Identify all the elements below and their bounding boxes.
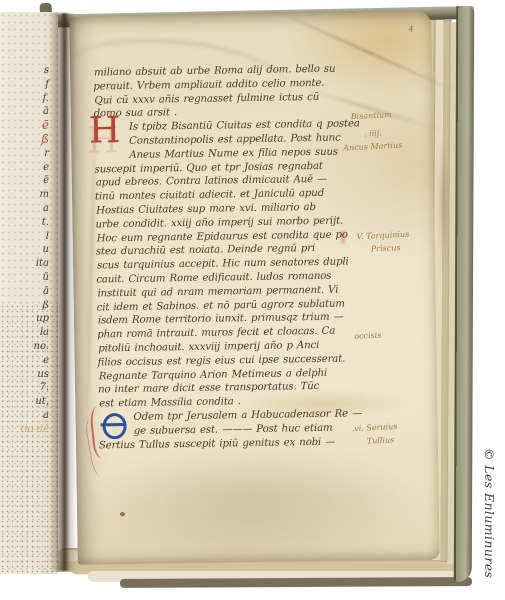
margin-note: V. Tarquinius bbox=[356, 230, 409, 242]
margin-note: Priscus bbox=[371, 243, 401, 253]
verso-line-fragment: tio dē bbox=[20, 423, 49, 437]
folio-number: 4 bbox=[408, 24, 413, 33]
verso-line-fragment: ß bbox=[20, 299, 49, 313]
verso-line-fragment: 7. bbox=[20, 381, 49, 395]
verso-line-fragment: up bbox=[20, 312, 49, 326]
manuscript-photo: sff.āēßreēmat.luitaūāßuplano.eus7.ut,ati… bbox=[0, 0, 505, 600]
verso-line-fragment: r bbox=[20, 147, 49, 161]
verso-line-fragment: u bbox=[20, 243, 49, 257]
verso-line-fragment: t. bbox=[20, 216, 49, 230]
parchment-stain bbox=[120, 512, 125, 516]
verso-line-fragment: s bbox=[20, 64, 49, 78]
verso-line-fragment: l bbox=[20, 230, 49, 244]
verso-text-fragments: sff.āēßreēmat.luitaūāßuplano.eus7.ut,ati… bbox=[20, 64, 49, 437]
verso-line-fragment: ē bbox=[20, 119, 49, 133]
book-cover-edge-bottom bbox=[120, 577, 472, 588]
photo-credit: © Les Enluminures bbox=[482, 448, 497, 578]
text-block: miliano absuit ab urbe Roma alij dom. be… bbox=[93, 62, 361, 452]
verso-line-fragment: e bbox=[20, 161, 49, 175]
verso-line-fragment: a bbox=[20, 409, 49, 423]
verso-line-fragment: m bbox=[20, 188, 49, 202]
verso-line-fragment: ū bbox=[20, 271, 49, 285]
verso-line-fragment: f. bbox=[20, 92, 49, 106]
verso-line-fragment: e bbox=[20, 354, 49, 368]
margin-note: Tullius bbox=[367, 435, 395, 445]
rubricated-initial-h: H bbox=[89, 113, 121, 149]
recto-page: 4 miliano absuit ab urbe Roma alij dom. … bbox=[69, 11, 440, 565]
verso-line-fragment: ita bbox=[20, 257, 49, 271]
verso-line-fragment: ut, bbox=[20, 395, 49, 409]
verso-line-fragment: ā bbox=[20, 105, 49, 119]
verso-line-fragment: no. bbox=[20, 340, 49, 354]
verso-line-fragment: ā bbox=[20, 285, 49, 299]
verso-line-fragment: la bbox=[20, 326, 49, 340]
verso-line-fragment: ē bbox=[20, 174, 49, 188]
fore-edge-stain bbox=[438, 130, 448, 270]
book-cover-edge-right bbox=[454, 6, 475, 582]
verso-line-fragment: ß bbox=[20, 133, 49, 147]
verso-line-fragment: f bbox=[20, 78, 49, 92]
margin-note: . iiij. bbox=[364, 129, 382, 139]
verso-line-fragment: a bbox=[20, 202, 49, 216]
book-gutter bbox=[50, 13, 77, 571]
parchment-shadow bbox=[88, 441, 420, 556]
verso-line-fragment: us bbox=[20, 368, 49, 382]
